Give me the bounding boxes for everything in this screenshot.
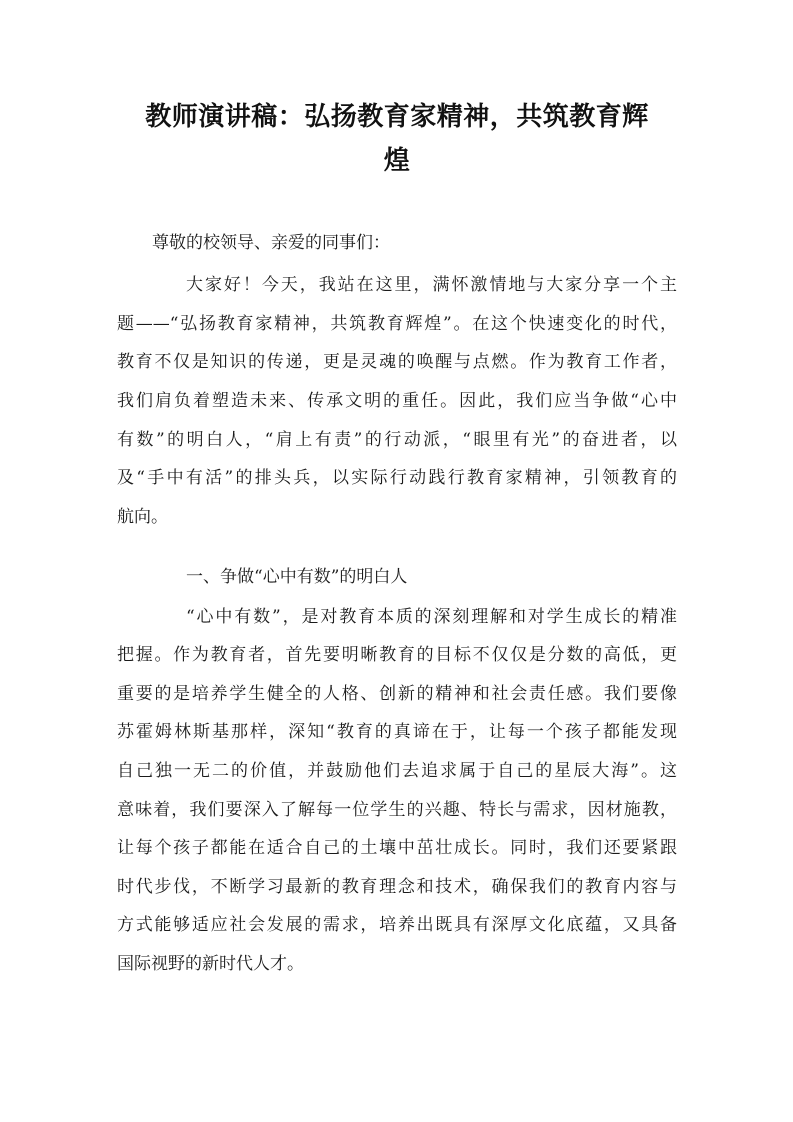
- section-line: 时代步伐，不断学习最新的教育理念和技术，确保我们的教育内容与: [117, 876, 677, 898]
- section-line: “心中有数”，是对教育本质的深刻理解和对学生成长的精准: [186, 606, 677, 628]
- intro-line: 我们肩负着塑造未来、传承文明的重任。因此，我们应当争做“心中: [117, 390, 677, 412]
- section-line: 苏霍姆林斯基那样，深知“教育的真谛在于，让每一个孩子都能发现: [117, 721, 677, 743]
- intro-line: 有数”的明白人，“肩上有责”的行动派，“眼里有光”的奋进者，以: [117, 429, 677, 451]
- intro-line: 教育不仅是知识的传递，更是灵魂的唤醒与点燃。作为教育工作者，: [117, 351, 677, 373]
- section-line: 意味着，我们要深入了解每一位学生的兴趣、特长与需求，因材施教，: [117, 799, 677, 821]
- intro-line: 及“手中有活”的排头兵，以实际行动践行教育家精神，引领教育的: [117, 467, 677, 489]
- document-page: 教师演讲稿：弘扬教育家精神，共筑教育辉 煌 尊敬的校领导、亲爱的同事们： 大家好…: [0, 0, 793, 1122]
- intro-line: 航向。: [117, 506, 677, 528]
- section-line: 方式能够适应社会发展的需求，培养出既具有深厚文化底蕴，又具备: [117, 914, 677, 936]
- title-line-2: 煌: [112, 139, 682, 183]
- document-title: 教师演讲稿：弘扬教育家精神，共筑教育辉 煌: [112, 95, 682, 183]
- intro-line: 题——“弘扬教育家精神，共筑教育辉煌”。在这个快速变化的时代，: [117, 313, 677, 335]
- intro-line: 大家好！今天，我站在这里，满怀激情地与大家分享一个主: [186, 274, 677, 296]
- section-line: 国际视野的新时代人才。: [117, 953, 677, 975]
- section-line: 重要的是培养学生健全的人格、创新的精神和社会责任感。我们要像: [117, 683, 677, 705]
- section-line: 自己独一无二的价值，并鼓励他们去追求属于自己的星辰大海”。这: [117, 760, 677, 782]
- section-heading: 一、争做“心中有数”的明白人: [186, 566, 677, 588]
- section-line: 把握。作为教育者，首先要明晰教育的目标不仅仅是分数的高低，更: [117, 644, 677, 666]
- section-line: 让每个孩子都能在适合自己的土壤中茁壮成长。同时，我们还要紧跟: [117, 837, 677, 859]
- title-line-1: 教师演讲稿：弘扬教育家精神，共筑教育辉: [112, 95, 682, 139]
- salutation: 尊敬的校领导、亲爱的同事们：: [152, 232, 677, 254]
